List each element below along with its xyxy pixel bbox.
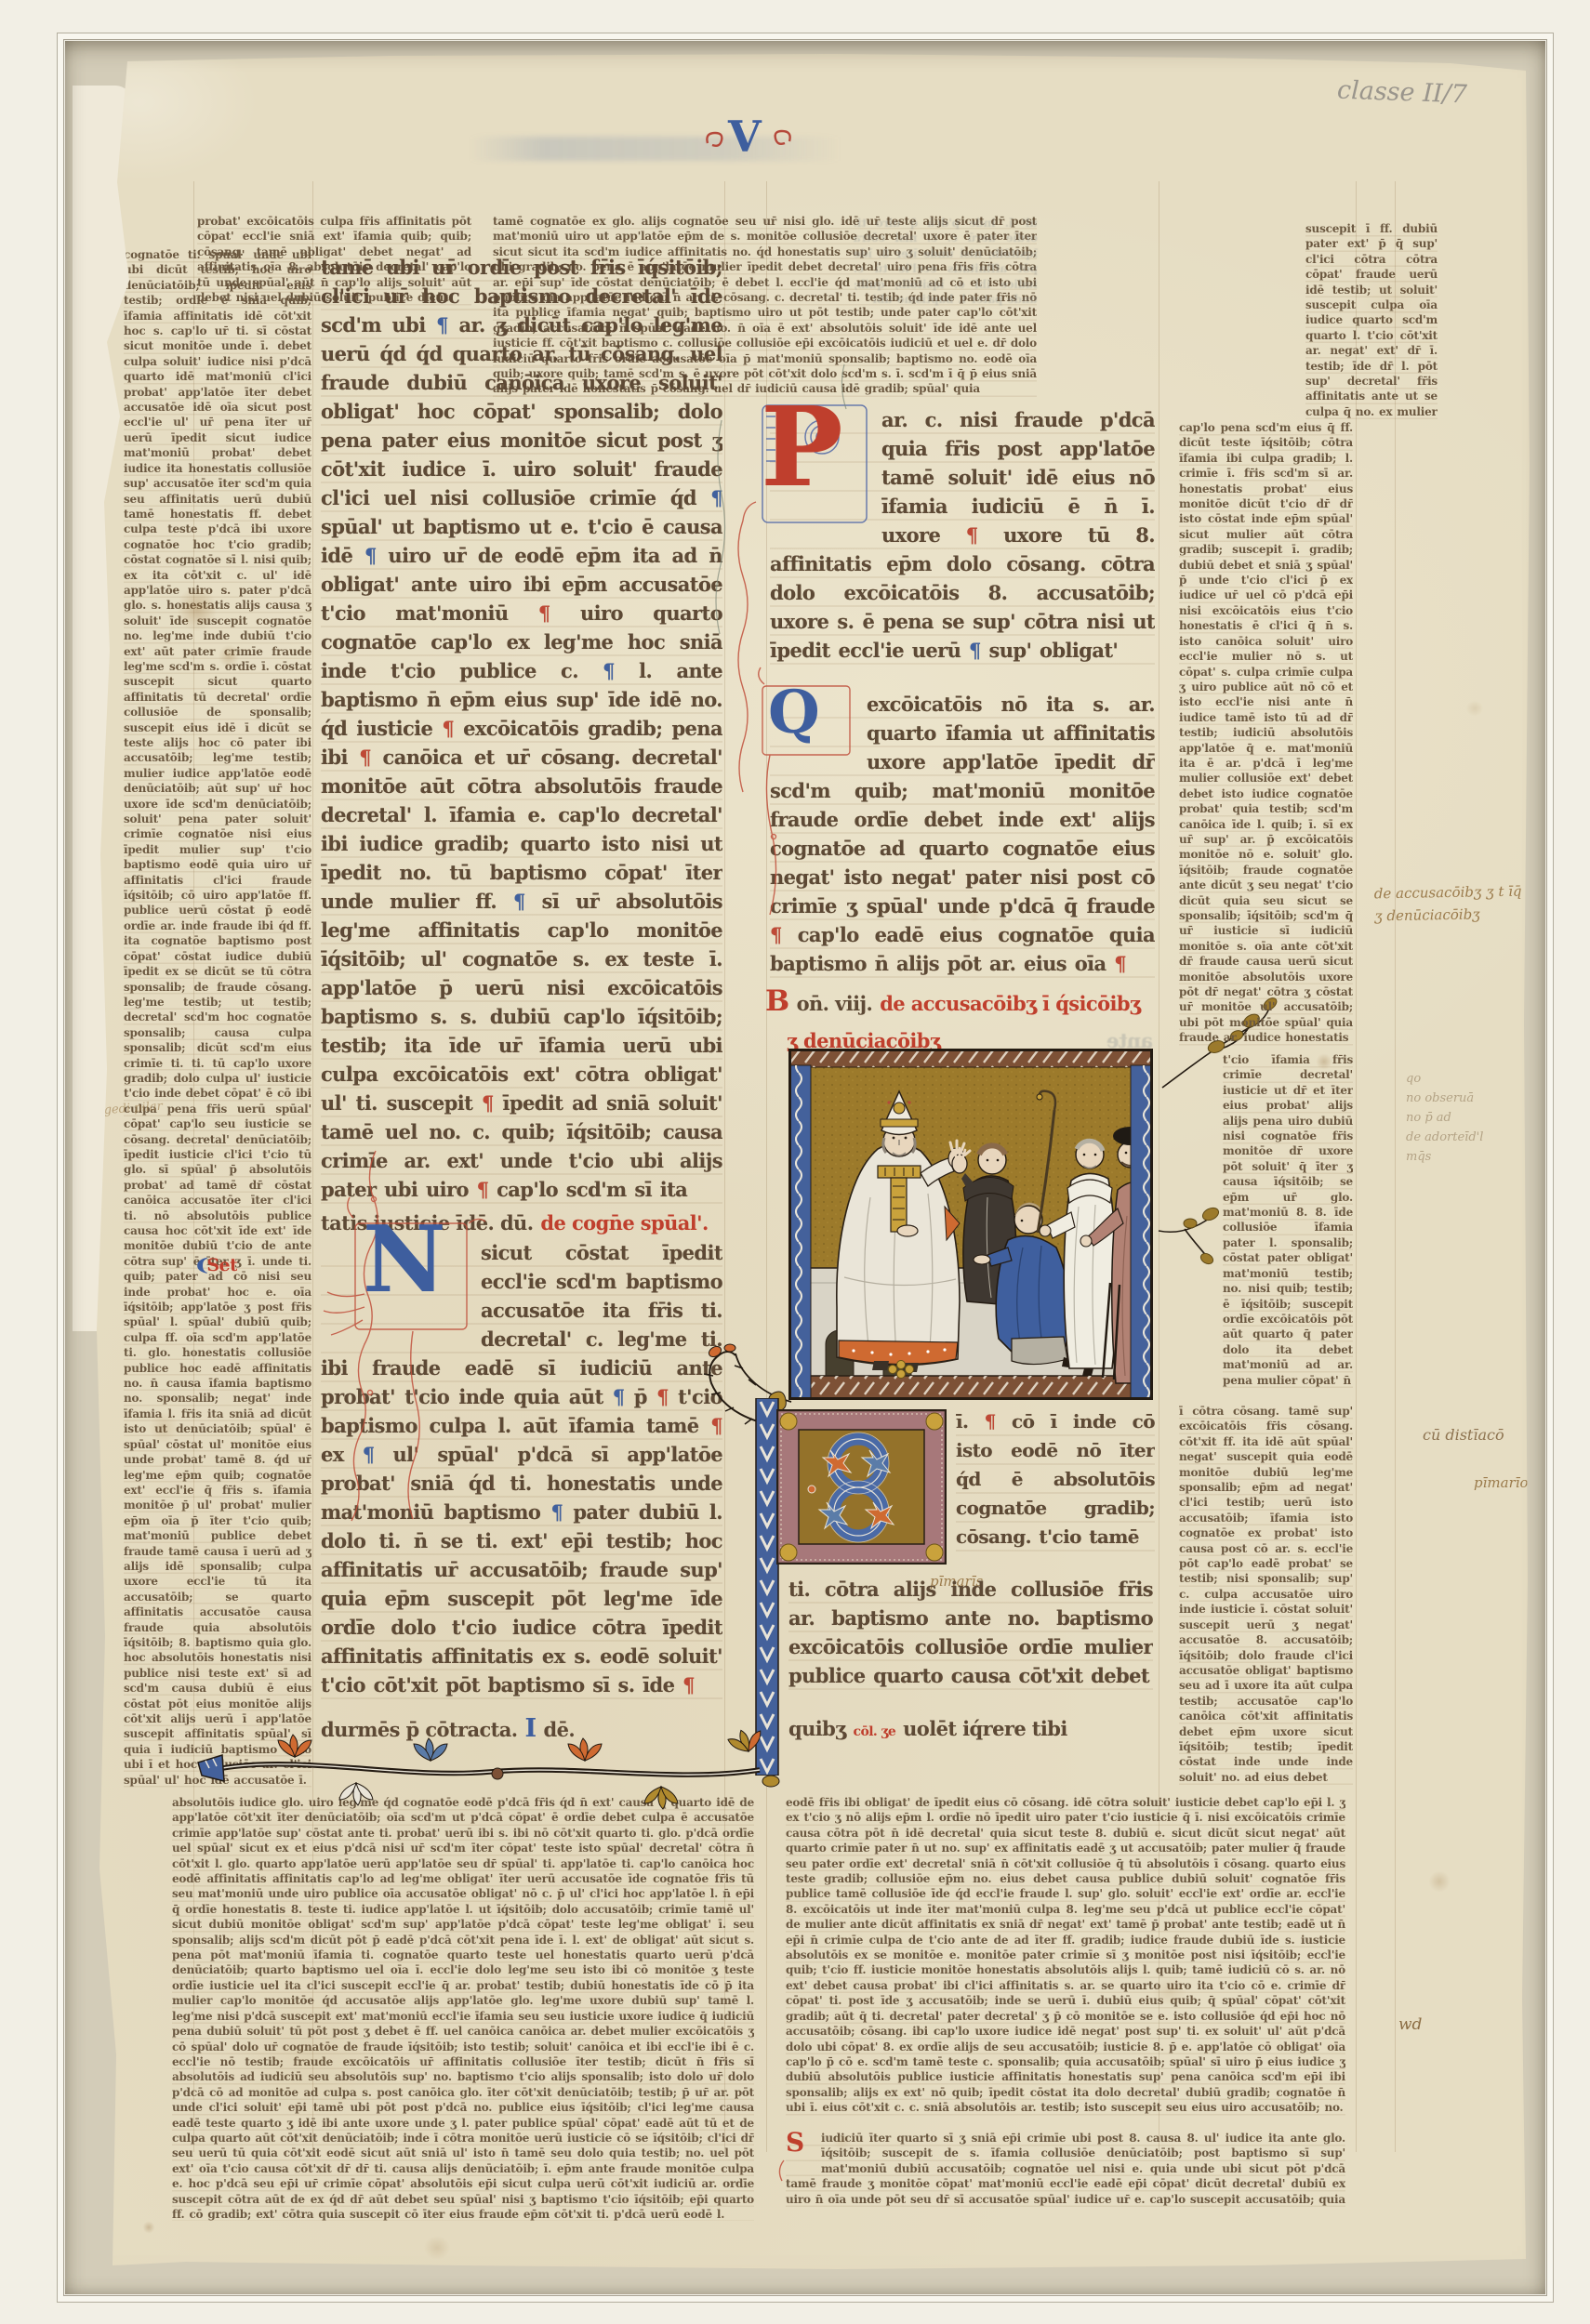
gloss-marker-set: ( Set [197, 1251, 237, 1275]
main-column-2-below-panel: ti. cōtra alijs inde collusiōe fr̄is ar.… [788, 1575, 1153, 1714]
ghost-offset-text-top: ul' ī. inde p'dcā q̄ uiro ti. ordīe uerū… [854, 216, 1038, 307]
initial-q: Q [768, 686, 820, 740]
margin-note-primario: pīmarīo [1474, 1474, 1529, 1491]
manuscript-photograph: V classe II/7 probat' excōicatōis culpa … [0, 0, 1590, 2324]
bottom-gloss-right-tail: iudiciū īter quarto sī ʒ sniā ep̄i crimī… [786, 2131, 1345, 2212]
gloss-marker-label: Set [206, 1251, 237, 1275]
initial-s: S [786, 2131, 804, 2154]
initial-b: B [765, 987, 789, 1016]
right-gloss-beside-miniature: t'cio īfamia fr̄is crimīe decretal' iust… [1223, 1052, 1353, 1398]
ruled-line [1395, 181, 1396, 2152]
margin-note-corner-mark: wd [1398, 2015, 1422, 2034]
main-column-1-upper: tamē ubi ur̄ ordīe post fr̄is īq́sitōib;… [321, 253, 722, 1207]
parchment-leaf: V classe II/7 probat' excōicatōis culpa … [0, 0, 1590, 2324]
faint-line: de adorteīd'l [1406, 1128, 1483, 1147]
margin-note-distinctio: cū distīacō [1423, 1426, 1504, 1444]
main-column-2-endline: quibʒ cōl. ʒe uolēt iq́rere tibi [788, 1714, 1153, 1746]
miniature [788, 1049, 1153, 1400]
faint-line: mq̄s [1406, 1147, 1483, 1167]
right-gloss-upper: cap'lo pena scd'm eius q̄ ff. dicūt test… [1179, 420, 1353, 1049]
running-title-letter: V [728, 115, 762, 158]
col2-end-text2: uolēt iq́rere tibi [903, 1714, 1067, 1743]
running-title: V [704, 113, 793, 165]
right-gloss-lower: ī cōtra cōsang. tamē sup' excōicatōis fr… [1179, 1404, 1353, 1789]
initial-p: P [761, 398, 843, 496]
bottom-vine-ornament [191, 1722, 806, 1833]
decorated-initial-panel [776, 1409, 947, 1565]
left-gloss-column: cognatōe ti. spūal' unde ubi ubi dicūt t… [124, 247, 311, 1790]
faint-line: qo [1406, 1069, 1483, 1089]
ruled-line [1356, 181, 1357, 2152]
paraph-bracket-icon: ( [197, 1251, 207, 1275]
right-margin-overflow-gloss: suscepit ī ff. dubiū pater ext' p̄ q̄ su… [1305, 221, 1438, 422]
bottom-gloss-left: absolutōis iudice glo. uiro leg'me q́d c… [172, 1795, 754, 2221]
col2-end-red: cōl. ʒe [854, 1718, 896, 1746]
margin-note-right-title: de accusacōibʒ ʒ t īq̄ ʒ denūciacōibʒ [1374, 880, 1523, 928]
faint-line: no obseruā [1406, 1089, 1483, 1108]
ivy-sprig-mid [1153, 1190, 1223, 1268]
margin-note-right-faint: qo no obseruā no p̄ ad de adorteīd'l mq̄… [1406, 1069, 1483, 1167]
rubric-col1-red: de cogn̄e spūal'. [540, 1208, 708, 1237]
main-column-2-beside-panel: ī. ¶ cō ī inde cō isto eodē nō īter q́d … [956, 1407, 1155, 1573]
margin-note-line: de accusacōibʒ ʒ t īq̄ [1374, 880, 1522, 905]
faint-line: no p̄ ad [1406, 1108, 1483, 1128]
initial-n: N [363, 1220, 446, 1301]
rubric-brown: on̄. viij. [797, 989, 873, 1018]
margin-note-line: ʒ denūciacōibʒ [1374, 903, 1522, 928]
rubric-red-1: de accusacōibʒ ī q́sicōibʒ [880, 989, 1140, 1018]
bottom-gloss-right: eodē fr̄is ibi obligat' de īpedit eius c… [786, 1795, 1345, 2128]
title-rubric-line1: B on̄. viij. de accusacōibʒ ī q́sicōibʒ [765, 987, 1156, 1024]
main-column-2-mid: excōicatōis nō ita s. ar. quarto īfamia … [770, 690, 1155, 987]
classmark-inscription: classe II/7 [1337, 76, 1468, 110]
